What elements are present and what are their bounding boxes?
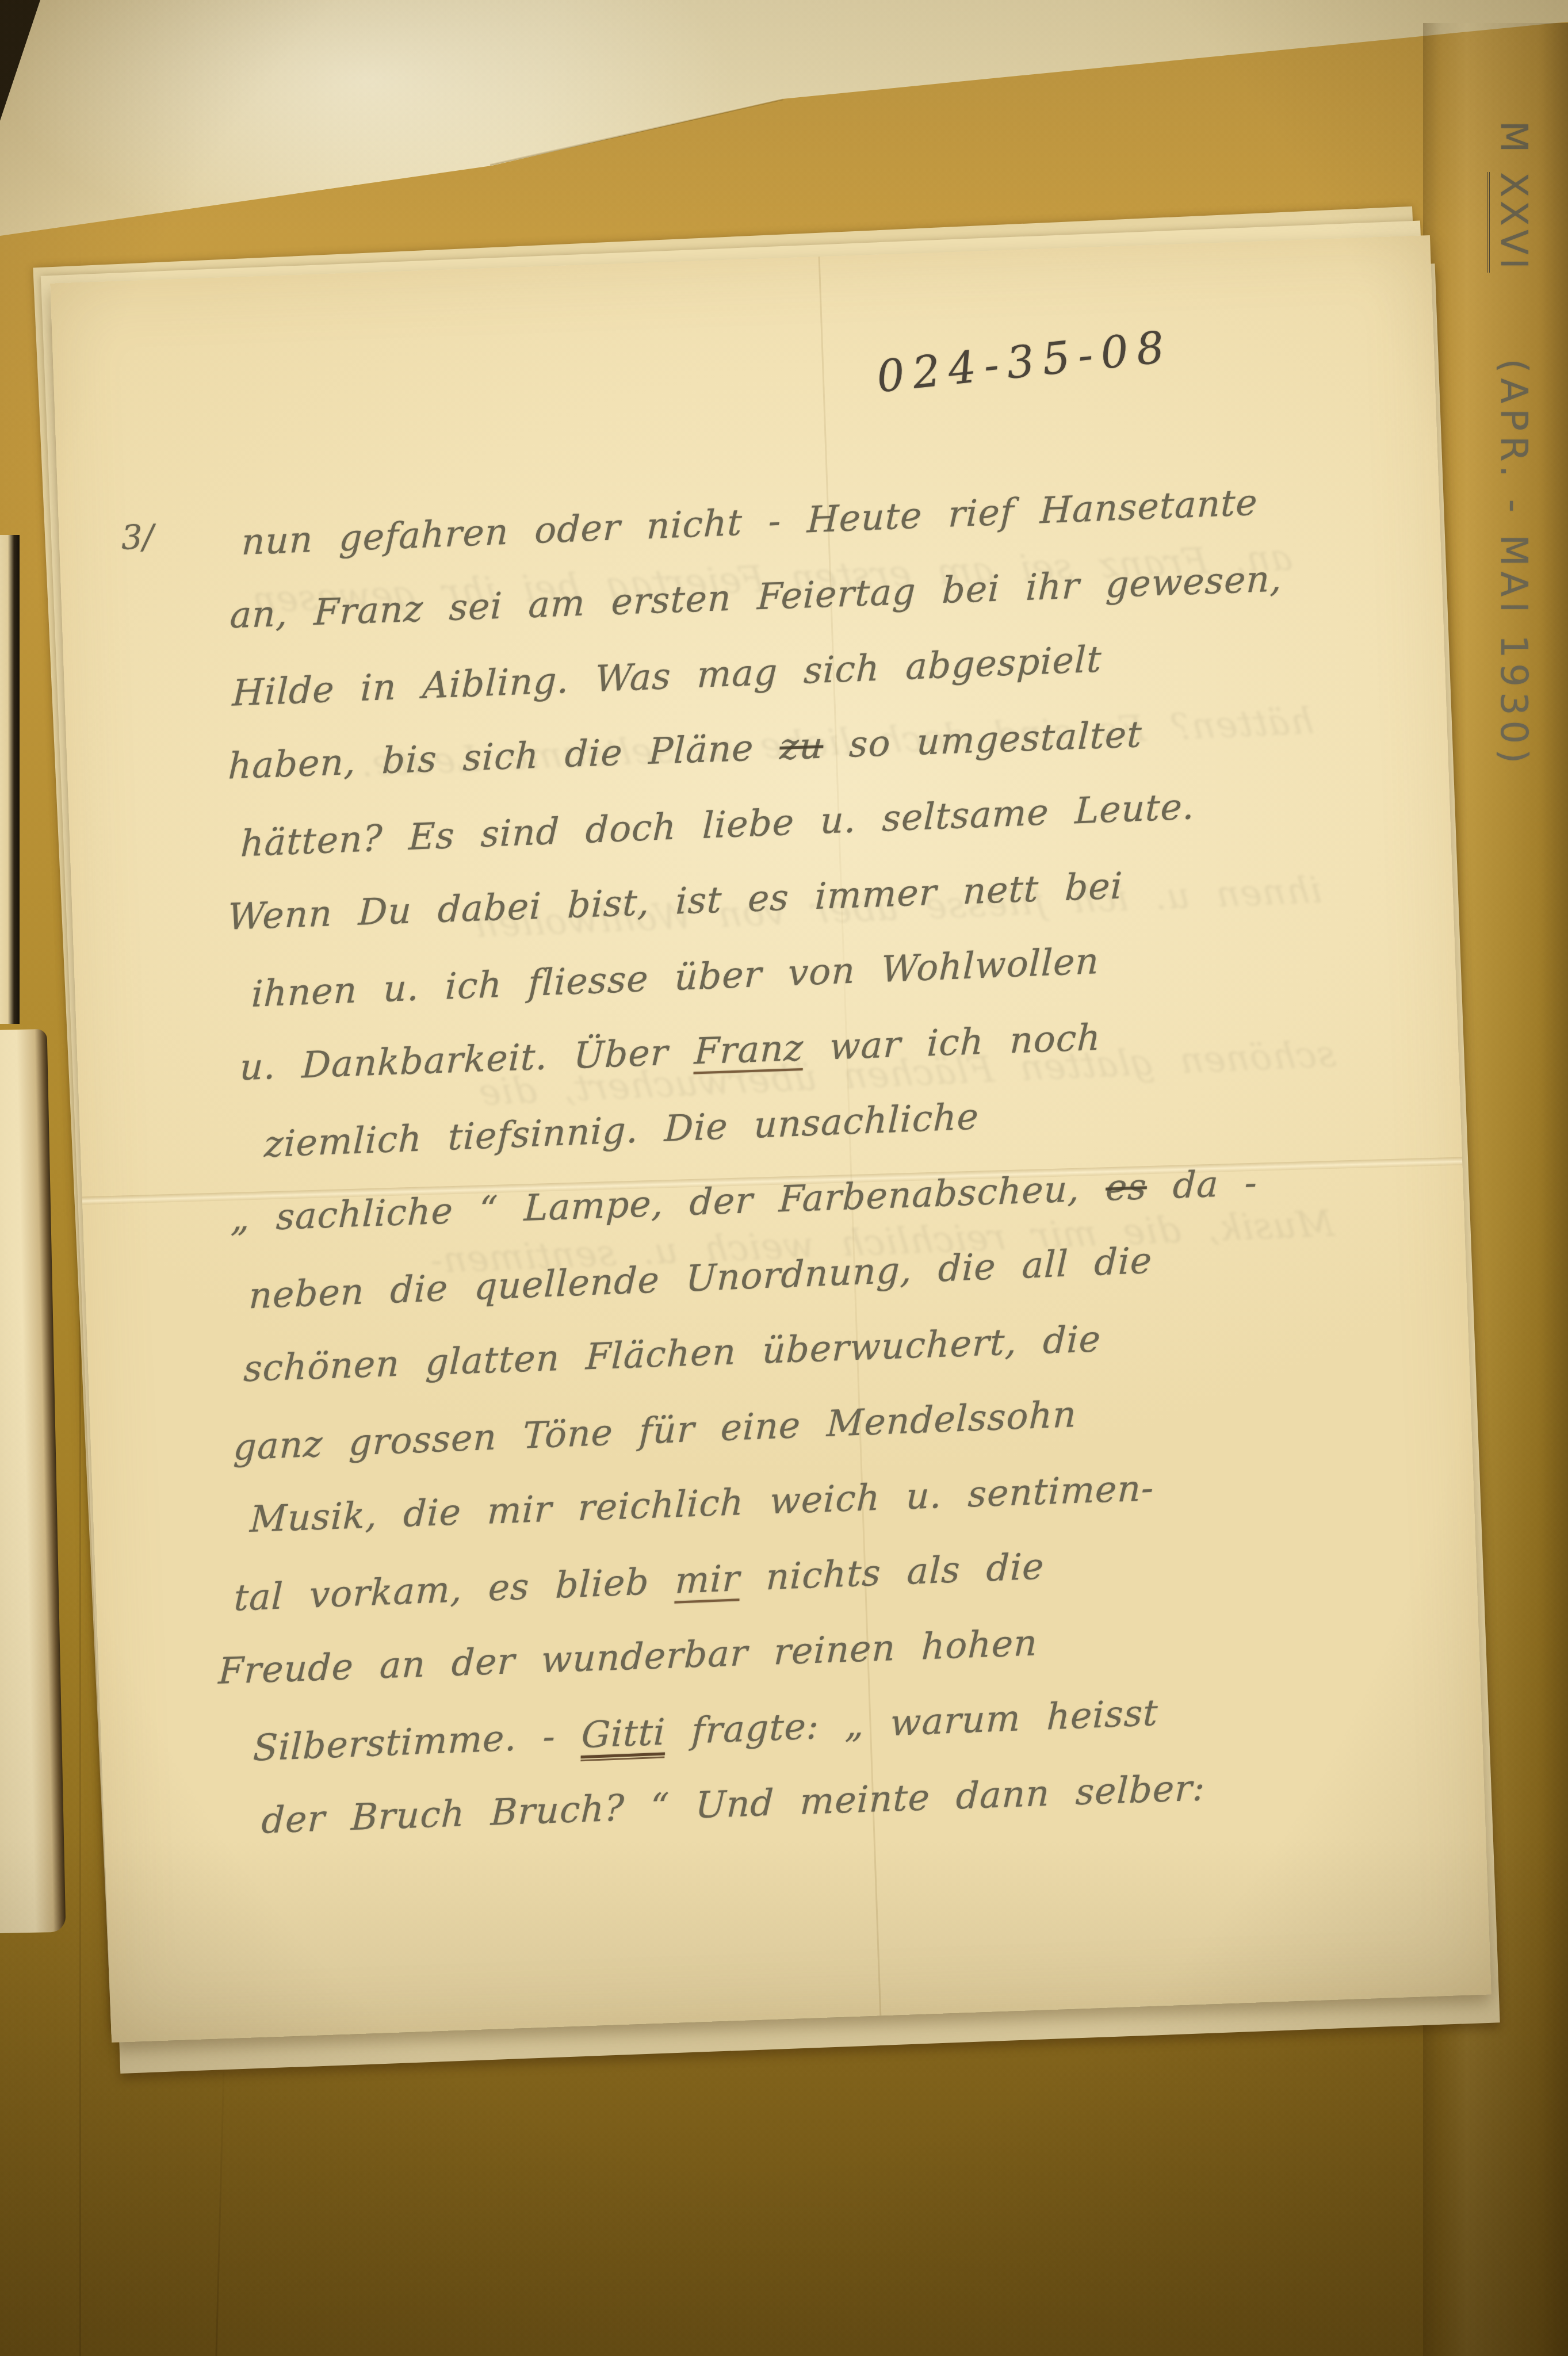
spine-series-letter: M bbox=[1492, 121, 1535, 156]
handwriting-segment: da - bbox=[1146, 1161, 1259, 1207]
handwriting-segment: es bbox=[1105, 1165, 1148, 1209]
archive-photo: MXXVI(APR. - MAI 1930) an, Franz sei am … bbox=[0, 0, 1568, 2356]
adjacent-papers-edge bbox=[0, 535, 20, 1024]
spine-volume-label: MXXVI bbox=[1487, 121, 1535, 273]
handwriting-segment: nun gefahren oder nicht - Heute rief Han… bbox=[241, 481, 1259, 564]
handwriting-lines: nun gefahren oder nicht - Heute rief Han… bbox=[145, 477, 1480, 1877]
spine-date-range: (APR. - MAI 1930) bbox=[1492, 359, 1535, 769]
handwriting-segment: mir bbox=[675, 1557, 741, 1602]
folder-spine-label: MXXVI(APR. - MAI 1930) bbox=[1480, 121, 1535, 788]
handwriting-segment: zu bbox=[779, 724, 824, 768]
spine-roman-numeral: XXVI bbox=[1487, 172, 1535, 272]
handwriting-segment: Franz bbox=[694, 1027, 805, 1073]
handwriting-segment: Gitti bbox=[580, 1711, 666, 1761]
manuscript-page: an, Franz sei am ersten Feiertag bei ihr… bbox=[50, 235, 1491, 2043]
archival-number: 024-35-08 bbox=[874, 320, 1175, 402]
